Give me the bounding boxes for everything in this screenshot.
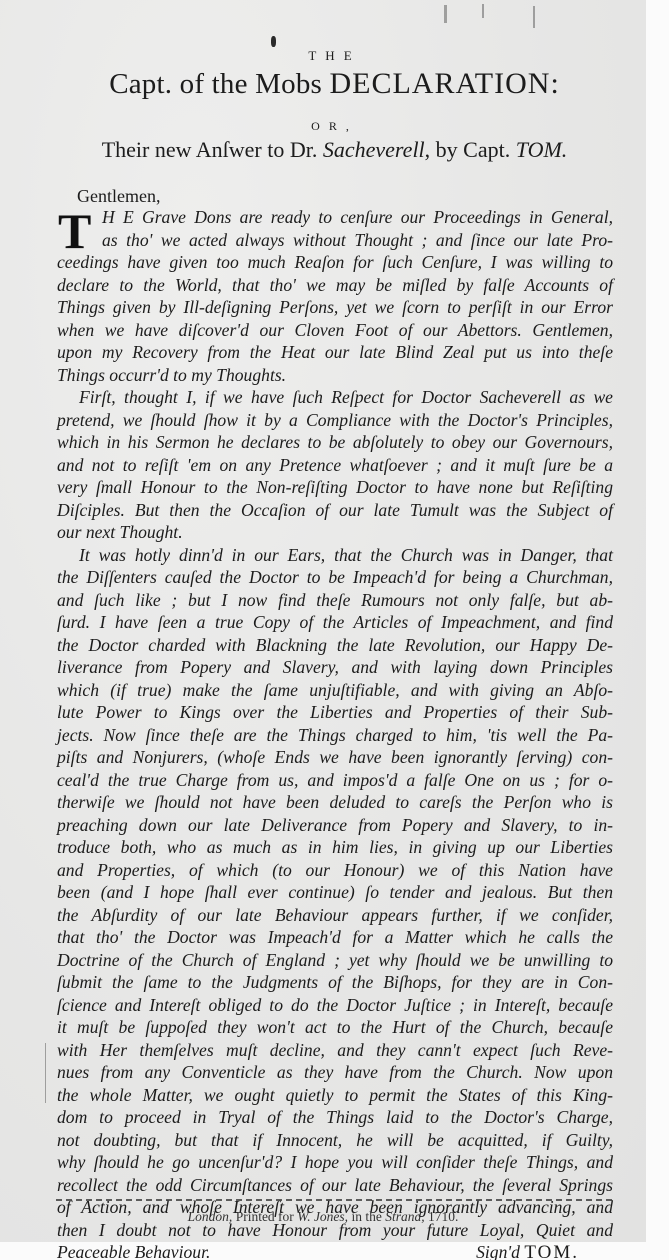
body-line: pretend, we ſhould ſhow it by a Complian… — [57, 409, 613, 432]
imprint-year: 1710. — [425, 1209, 459, 1224]
body-line: ſcience and Intereſt obliged to do the D… — [57, 994, 613, 1017]
imprint-city: London, — [188, 1209, 233, 1224]
divider-rule — [56, 1199, 612, 1201]
imprint-street: Strand, — [385, 1209, 424, 1224]
body-line: it muſt be ſuppoſed they won't act to th… — [57, 1016, 613, 1039]
body-line: the Diſſenters cauſed the Doctor to be I… — [57, 566, 613, 589]
body-line: Doctrine of the Church of England ; yet … — [57, 949, 613, 972]
subtitle-signer: TOM. — [516, 137, 568, 162]
body-line: liverance from Popery and Slavery, and w… — [57, 656, 613, 679]
signature-name: TOM. — [524, 1242, 579, 1260]
body-text: H E Grave Dons are ready to cenſure our … — [57, 206, 613, 1260]
subtitle-name: Sacheverell — [323, 137, 425, 162]
body-line: Things given by Ill-deſigning Perſons, y… — [57, 296, 613, 319]
body-line: therwiſe we ſhould not have been deluded… — [57, 791, 613, 814]
subtitle-part-2: , by Capt. — [425, 137, 516, 162]
ink-smudge — [271, 36, 276, 47]
closing-row: Peaceable Behaviour. Sign'd TOM. — [57, 1241, 613, 1260]
document-subtitle: Their new Anſwer to Dr. Sacheverell, by … — [0, 137, 669, 163]
document-title: Capt. of the Mobs DECLARATION: — [0, 67, 669, 101]
body-line: dom to proceed in Tryal of the Things la… — [57, 1106, 613, 1129]
body-line: recollect the odd Circumſtances of our l… — [57, 1174, 613, 1197]
body-line: upon my Recovery from the Heat our late … — [57, 341, 613, 364]
body-line: which in his Sermon he declares to be ab… — [57, 431, 613, 454]
signature: Sign'd TOM. — [476, 1241, 613, 1260]
title-declaration: DECLARATION: — [329, 67, 559, 100]
body-line: with Her themſelves muſt decline, and th… — [57, 1039, 613, 1062]
kicker: THE — [0, 48, 669, 64]
imprint-printed-for: Printed for — [232, 1209, 297, 1224]
imprint-in-the: in the — [348, 1209, 385, 1224]
body-line: not doubting, but that if Innocent, he w… — [57, 1129, 613, 1152]
body-line: H E Grave Dons are ready to cenſure our … — [57, 206, 613, 229]
body-line: It was hotly dinn'd in our Ears, that th… — [57, 544, 613, 567]
body-line: ceedings have given too much Reaſon for … — [57, 251, 613, 274]
body-line: ſurd. I have ſeen a true Copy of the Art… — [57, 611, 613, 634]
body-line: jects. Now ſince theſe are the Things ch… — [57, 724, 613, 747]
imprint: London, Printed for W. Jones, in the Str… — [0, 1209, 646, 1225]
body-line: very ſmall Honour to the Non-reſiſting D… — [57, 476, 613, 499]
body-line: lute Power to Kings over the Liberties a… — [57, 701, 613, 724]
body-line: when we have diſcover'd our Cloven Foot … — [57, 319, 613, 342]
body-line: the whole Matter, we ought quietly to pe… — [57, 1084, 613, 1107]
fold-line — [45, 1043, 46, 1103]
body-line: piſts and Nonjurers, (whoſe Ends we have… — [57, 746, 613, 769]
edge-mark — [482, 4, 484, 18]
body-line: ceal'd the true Charge from us, and impo… — [57, 769, 613, 792]
body-line: the Abſurdity of our late Behaviour appe… — [57, 904, 613, 927]
body-line: troduce both, who as much as in him lies… — [57, 836, 613, 859]
body-line: preaching down our late Deliverance from… — [57, 814, 613, 837]
body-line: why ſhould he go uncenſur'd? I hope you … — [57, 1151, 613, 1174]
closing-line: Peaceable Behaviour. — [57, 1241, 210, 1260]
body-line: and ſuch like ; but I now find theſe Rum… — [57, 589, 613, 612]
broadside-paper: THE Capt. of the Mobs DECLARATION: OR, T… — [0, 0, 646, 1242]
body-line: and Properties, of which (to our Honour)… — [57, 859, 613, 882]
body-line: nues from any Conventicle as they have f… — [57, 1061, 613, 1084]
body-line: our next Thought. — [57, 521, 613, 544]
body-line: Diſciples. But then the Occaſion of our … — [57, 499, 613, 522]
body-line: been (and I hope ſhall ever continue) ſo… — [57, 881, 613, 904]
body-line: the Doctor charded with Blackning the la… — [57, 634, 613, 657]
subtitle-part-1: Their new Anſwer to Dr. — [102, 137, 323, 162]
edge-mark — [444, 5, 447, 23]
edge-mark — [533, 6, 535, 28]
body-line: Firſt, thought I, if we have ſuch Reſpec… — [57, 386, 613, 409]
or-line: OR, — [0, 119, 669, 134]
body-line: ſubmit the ſame to the Judgments of the … — [57, 971, 613, 994]
body-line: Things occurr'd to my Thoughts. — [57, 364, 613, 387]
body-line: as tho' we acted always without Thought … — [57, 229, 613, 252]
body-line: which (if true) make the ſame unjuſtifia… — [57, 679, 613, 702]
title-part-1: Capt. of the Mobs — [109, 68, 329, 100]
body-line: declare to the World, that tho' we may b… — [57, 274, 613, 297]
body-line: that tho' the Doctor was Impeach'd for a… — [57, 926, 613, 949]
imprint-printer: W. Jones, — [297, 1209, 348, 1224]
signature-prefix: Sign'd — [476, 1242, 524, 1260]
body-line: and not to reſiſt 'em on any Pretence wh… — [57, 454, 613, 477]
